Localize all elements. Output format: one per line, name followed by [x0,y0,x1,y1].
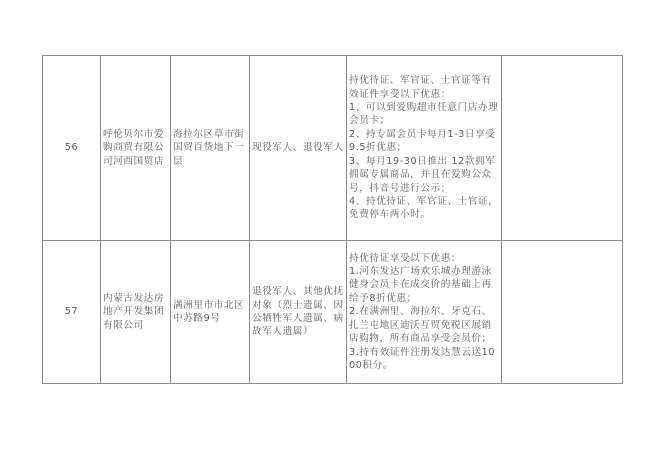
merchant-name: 内蒙古发达房地产开发集团有限公司 [101,241,171,384]
table-row: 56 呼伦贝尔市爱购商贸有限公司河西国贸店 海拉尔区草市街国贸百货地下一层 现役… [43,56,623,241]
benefit-details: 持优待证享受以下优惠： 1.河东发达广场欢乐城办理游泳健身会员卡在成交价的基础上… [347,241,502,384]
row-number: 56 [43,56,101,241]
merchant-address: 满洲里市市北区中苏路9号 [171,241,250,384]
benefit-line: 2.在满洲里、海拉尔、牙克石、扎兰屯地区迪沃互贸免税区展销店购物，所有商品享受会… [349,305,499,345]
row-number: 57 [43,241,101,384]
eligible-target: 退役军人、其他优抚对象（烈士遗属、因公牺牲军人遗属、病故军人遗属） [250,241,347,384]
benefit-line: 1、可以到爱购超市任意门店办理会员卡； [349,101,499,128]
benefit-line: 持优待证享受以下优惠： [349,252,499,265]
table-row: 57 内蒙古发达房地产开发集团有限公司 满洲里市市北区中苏路9号 退役军人、其他… [43,241,623,384]
benefit-line: 4、持优待证、军官证、士官证，免费停车两小时。 [349,195,499,222]
benefit-line: 3.持有效证件注册发达慧云送1000积分。 [349,346,499,373]
benefit-details: 持优待证、军官证、士官证等有效证件享受以下优惠： 1、可以到爱购超市任意门店办理… [347,56,502,241]
remark-cell [502,56,623,241]
merchant-name: 呼伦贝尔市爱购商贸有限公司河西国贸店 [101,56,171,241]
eligible-target: 现役军人、退役军人 [250,56,347,241]
benefit-line: 1.河东发达广场欢乐城办理游泳健身会员卡在成交价的基础上再给予8折优惠； [349,265,499,305]
benefit-line: 持优待证、军官证、士官证等有效证件享受以下优惠： [349,74,499,101]
preferential-merchants-table: 56 呼伦贝尔市爱购商贸有限公司河西国贸店 海拉尔区草市街国贸百货地下一层 现役… [42,55,623,384]
benefit-line: 2、持专属会员卡每月1-3日享受9.5折优惠； [349,128,499,155]
remark-cell [502,241,623,384]
benefit-line: 3、每月19-30日推出 12款拥军拥属专属商品，并且在爱购公众号，抖音号进行公… [349,155,499,195]
document-page: 56 呼伦贝尔市爱购商贸有限公司河西国贸店 海拉尔区草市街国贸百货地下一层 现役… [0,0,650,460]
merchant-address: 海拉尔区草市街国贸百货地下一层 [171,56,250,241]
